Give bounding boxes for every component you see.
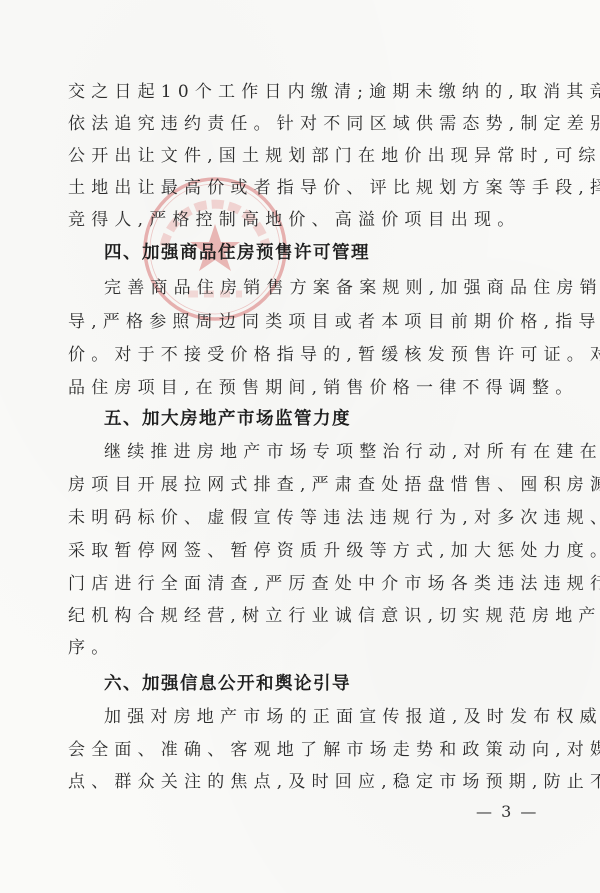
body-text-line: 依法追究违约责任。针对不同区域供需态势,制定差别化的土地 [68, 108, 558, 140]
body-text-line: 竞得人,严格控制高地价、高溢价项目出现。 [68, 204, 558, 236]
paragraph-first-line: 继续推进房地产市场专项整治行动,对所有在建在售商品住 [104, 436, 558, 468]
body-text-line: 房项目开展拉网式排查,严肃查处捂盘惜售、囤积房源、哄抬房价、 [68, 469, 558, 501]
section-heading-5: 五、加大房地产市场监管力度 [104, 403, 351, 435]
body-text-line: 公开出让文件,国土规划部门在地价出现异常时,可综合采取设定 [68, 140, 558, 172]
section-heading-6: 六、加强信息公开和舆论引导 [104, 668, 351, 700]
body-text-line: 品住房项目,在预售期间,销售价格一律不得调整。 [68, 372, 558, 404]
body-text-line: 点、群众关注的焦点,及时回应,稳定市场预期,防止不实信息误导 [68, 766, 558, 798]
body-text-line: 土地出让最高价或者指导价、评比规划方案等手段,择优确定最终 [68, 172, 558, 204]
section-heading-4: 四、加强商品住房预售许可管理 [104, 237, 370, 269]
body-text-line: 纪机构合规经营,树立行业诚信意识,切实规范房地产经纪市场秩 [68, 600, 558, 632]
body-text-line: 门店进行全面清查,严厉查处中介市场各类违法违规行为,引导经 [68, 568, 558, 600]
body-text-line: 未明码标价、虚假宣传等违法违规行为,对多次违规、拒不整改的, [68, 502, 558, 534]
body-text-line: 交之日起10个工作日内缴清;逾期未缴纳的,取消其竞得资格,并 [68, 76, 558, 108]
body-text-line: 会全面、准确、客观地了解市场走势和政策动向,对媒体报道的热 [68, 734, 558, 766]
body-text-line: 序。 [68, 632, 558, 664]
document-page: 交之日起10个工作日内缴清;逾期未缴纳的,取消其竞得资格,并 依法追究违约责任。… [0, 0, 600, 893]
body-text-line: 采取暂停网签、暂停资质升级等方式,加大惩处力度。对所有中介 [68, 535, 558, 567]
paragraph-first-line: 加强对房地产市场的正面宣传报道,及时发布权威数据,让社 [104, 701, 558, 733]
body-text-line: 导,严格参照周边同类项目或者本项目前期价格,指导企业理性定 [68, 306, 558, 338]
body-text-line: 价。对于不接受价格指导的,暂缓核发预售许可证。对于已批商 [68, 339, 558, 371]
paragraph-first-line: 完善商品住房销售方案备案规则,加强商品住房销售价格指 [104, 272, 558, 304]
page-number: — 3 — [476, 800, 538, 824]
